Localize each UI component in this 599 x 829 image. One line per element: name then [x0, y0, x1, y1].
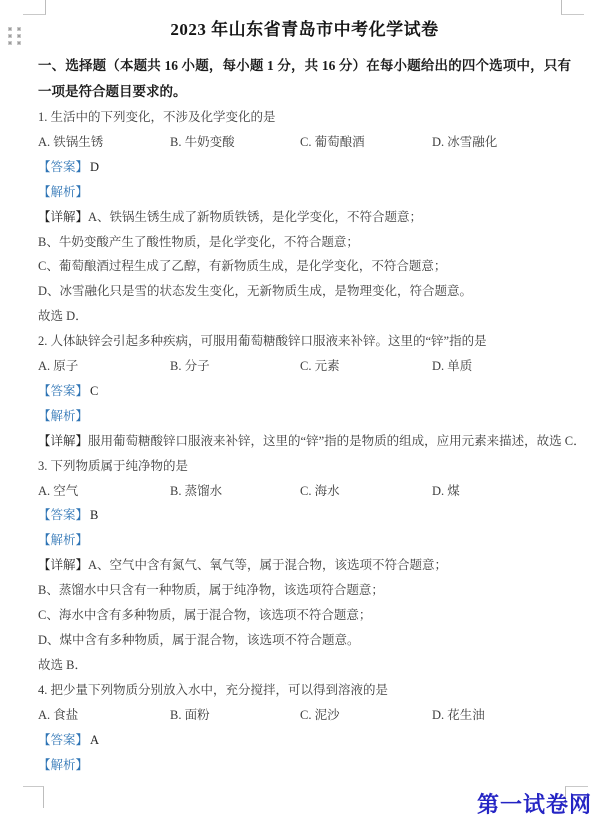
detail-label: 【详解】	[38, 210, 88, 224]
analysis-label: 【解析】	[38, 533, 88, 547]
answer-label: 【答案】	[38, 384, 88, 398]
option-D: D. 冰雪融化	[432, 130, 497, 155]
analysis-line: 【解析】	[38, 528, 571, 553]
analysis-label: 【解析】	[38, 758, 88, 772]
answer-line: 【答案】A	[38, 728, 571, 753]
answer-letter: A	[88, 733, 99, 747]
answer-label: 【答案】	[38, 508, 88, 522]
answer-label: 【答案】	[38, 733, 88, 747]
detail-line: B、蒸馏水中只含有一种物质，属于纯净物，该选项符合题意；	[38, 578, 571, 603]
answer-letter: B	[88, 508, 98, 522]
option-row: A. 铁锅生锈B. 牛奶变酸C. 葡萄酿酒D. 冰雪融化	[38, 130, 571, 155]
detail-line: B、牛奶变酸产生了酸性物质，是化学变化，不符合题意；	[38, 230, 571, 255]
answer-label: 【答案】	[38, 160, 88, 174]
watermark-site-name: 第一试卷网	[477, 788, 592, 819]
page-margin-corner-bottom-left	[23, 786, 44, 808]
document-content: 2023 年山东省青岛市中考化学试卷 一、选择题（本题共 16 小题，每小题 1…	[0, 15, 599, 777]
analysis-label: 【解析】	[38, 409, 88, 423]
option-A: A. 食盐	[38, 703, 78, 728]
answer-line: 【答案】D	[38, 155, 571, 180]
section-instruction: 一、选择题（本题共 16 小题，每小题 1 分，共 16 分）在每小题给出的四个…	[38, 53, 571, 105]
detail-line: 【详解】A、铁锅生锈生成了新物质铁锈，是化学变化，不符合题意；	[38, 205, 571, 230]
drag-handle-icon[interactable]	[8, 27, 21, 45]
option-D: D. 煤	[432, 479, 460, 504]
detail-line: 【详解】A、空气中含有氮气、氧气等，属于混合物，该选项不符合题意；	[38, 553, 571, 578]
answer-letter: D	[88, 160, 99, 174]
exam-title: 2023 年山东省青岛市中考化学试卷	[38, 15, 571, 40]
option-B: B. 牛奶变酸	[170, 130, 235, 155]
question-stem: 4. 把少量下列物质分别放入水中，充分搅拌，可以得到溶液的是	[38, 678, 571, 703]
answer-letter: C	[88, 384, 98, 398]
question-stem: 2. 人体缺锌会引起多种疾病，可服用葡萄糖酸锌口服液来补锌。这里的“锌”指的是	[38, 329, 571, 354]
option-C: C. 葡萄酿酒	[300, 130, 365, 155]
page-margin-corner-top-left	[23, 0, 46, 15]
option-A: A. 铁锅生锈	[38, 130, 103, 155]
detail-line: D、冰雪融化只是雪的状态发生变化，无新物质生成，是物理变化，符合题意。	[38, 279, 571, 304]
answer-line: 【答案】B	[38, 503, 571, 528]
detail-label: 【详解】	[38, 558, 88, 572]
detail-line: C、海水中含有多种物质，属于混合物，该选项不符合题意；	[38, 603, 571, 628]
option-C: C. 泥沙	[300, 703, 340, 728]
analysis-label: 【解析】	[38, 185, 88, 199]
option-C: C. 海水	[300, 479, 340, 504]
option-B: B. 面粉	[170, 703, 210, 728]
answer-line: 【答案】C	[38, 379, 571, 404]
analysis-line: 【解析】	[38, 180, 571, 205]
option-C: C. 元素	[300, 354, 340, 379]
question-stem: 1. 生活中的下列变化，不涉及化学变化的是	[38, 105, 571, 130]
exam-document-page: 2023 年山东省青岛市中考化学试卷 一、选择题（本题共 16 小题，每小题 1…	[0, 0, 599, 829]
document-body: 1. 生活中的下列变化，不涉及化学变化的是A. 铁锅生锈B. 牛奶变酸C. 葡萄…	[38, 105, 571, 777]
option-row: A. 食盐B. 面粉C. 泥沙D. 花生油	[38, 703, 571, 728]
option-B: B. 分子	[170, 354, 210, 379]
detail-label: 【详解】	[38, 434, 88, 448]
option-D: D. 单质	[432, 354, 472, 379]
analysis-line: 【解析】	[38, 753, 571, 778]
detail-line: 【详解】服用葡萄糖酸锌口服液来补锌，这里的“锌”指的是物质的组成，应用元素来描述…	[38, 429, 571, 454]
conclusion-line: 故选 B．	[38, 653, 571, 678]
detail-line: D、煤中含有多种物质，属于混合物，该选项不符合题意。	[38, 628, 571, 653]
analysis-line: 【解析】	[38, 404, 571, 429]
option-A: A. 空气	[38, 479, 78, 504]
option-row: A. 空气B. 蒸馏水C. 海水D. 煤	[38, 479, 571, 504]
detail-line: C、葡萄酿酒过程生成了乙醇，有新物质生成，是化学变化，不符合题意；	[38, 254, 571, 279]
conclusion-line: 故选 D．	[38, 304, 571, 329]
question-stem: 3. 下列物质属于纯净物的是	[38, 454, 571, 479]
option-D: D. 花生油	[432, 703, 485, 728]
option-A: A. 原子	[38, 354, 78, 379]
option-row: A. 原子B. 分子C. 元素D. 单质	[38, 354, 571, 379]
option-B: B. 蒸馏水	[170, 479, 222, 504]
page-margin-corner-top-right	[561, 0, 584, 15]
